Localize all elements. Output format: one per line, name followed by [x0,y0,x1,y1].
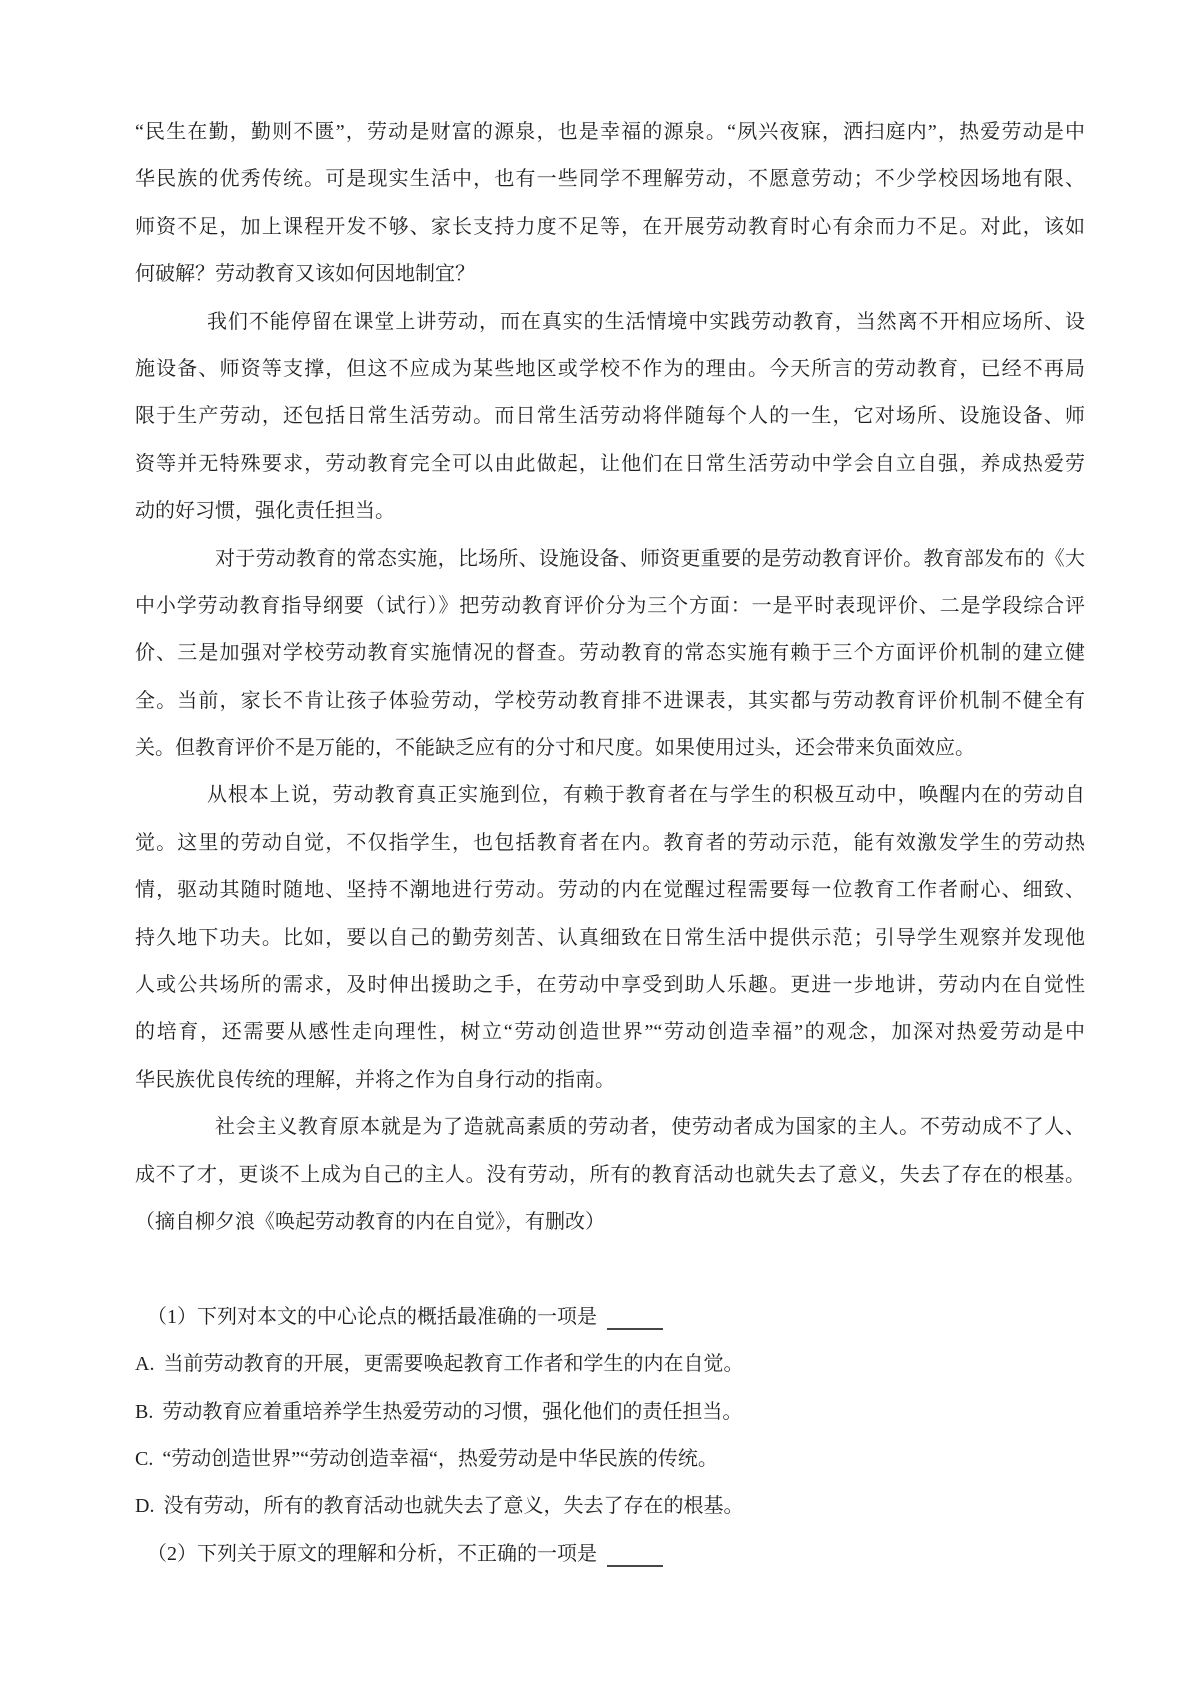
option-a-text: 当前劳动教育的开展，更需要唤起教育工作者和学生的内在自觉。 [163,1353,743,1375]
article-line: 情，驱动其随时随地、坚持不潮地进行劳动。劳动的内在觉醒过程需要每一位教育工作者耐… [135,867,1085,914]
answer-blank [607,1551,663,1567]
question-2-block: （2）下列关于原文的理解和分析，不正确的一项是 [135,1531,1085,1578]
option-c: C.“劳动创造世界”“劳动创造幸福“，热爱劳动是中华民族的传统。 [135,1436,1085,1483]
article-line: 资等并无特殊要求，劳动教育完全可以由此做起，让他们在日常生活劳动中学会自立自强，… [135,441,1085,488]
reading-passage: “民生在勤，勤则不匮”，劳动是财富的源泉，也是幸福的源泉。“夙兴夜寐，洒扫庭内”… [135,109,1085,1578]
article-line: 限于生产劳动，还包括日常生活劳动。而日常生活劳动将伴随每个人的一生，它对场所、设… [135,393,1085,440]
article-line: 何破解？劳动教育又该如何因地制宜？ [135,251,1085,298]
source-citation: （摘自柳夕浪《唤起劳动教育的内在自觉》，有删改） [135,1199,1085,1246]
article-line: 人或公共场所的需求，及时伸出援助之手，在劳动中享受到助人乐趣。更进一步地讲，劳动… [135,962,1085,1009]
option-b: B.劳动教育应着重培养学生热爱劳动的习惯，强化他们的责任担当。 [135,1389,1085,1436]
option-d-label: D. [135,1495,154,1517]
article-line: 觉。这里的劳动自觉，不仅指学生，也包括教育者在内。教育者的劳动示范，能有效激发学… [135,820,1085,867]
option-c-text: “劳动创造世界”“劳动创造幸福“，热爱劳动是中华民族的传统。 [162,1448,718,1470]
option-d-text: 没有劳动，所有的教育活动也就失去了意义，失去了存在的根基。 [163,1495,743,1517]
article-line: 华民族优良传统的理解，并将之作为自身行动的指南。 [135,1057,1085,1104]
article-line: 对于劳动教育的常态实施，比场所、设施设备、师资更重要的是劳动教育评价。教育部发布… [135,536,1085,583]
question-1-block: （1）下列对本文的中心论点的概括最准确的一项是 A.当前劳动教育的开展，更需要唤… [135,1294,1085,1531]
article-line: 价、三是加强对学校劳动教育实施情况的督查。劳动教育的常态实施有赖于三个方面评价机… [135,630,1085,677]
question-2-stem: 下列关于原文的理解和分析，不正确的一项是 [197,1543,597,1565]
article-line: 全。当前，家长不肯让孩子体验劳动，学校劳动教育排不进课表，其实都与劳动教育评价机… [135,678,1085,725]
option-d: D.没有劳动，所有的教育活动也就失去了意义，失去了存在的根基。 [135,1483,1085,1530]
article-line: 施设备、师资等支撑，但这不应成为某些地区或学校不作为的理由。今天所言的劳动教育，… [135,346,1085,393]
article-line: 成不了才，更谈不上成为自己的主人。没有劳动，所有的教育活动也就失去了意义，失去了… [135,1152,1085,1199]
article-line: 师资不足，加上课程开发不够、家长支持力度不足等，在开展劳动教育时心有余而力不足。… [135,204,1085,251]
question-2-number: （2） [147,1543,197,1565]
paragraph-1: “民生在勤，勤则不匮”，劳动是财富的源泉，也是幸福的源泉。“夙兴夜寐，洒扫庭内”… [135,109,1085,299]
blank-line [135,1246,1085,1293]
paragraph-5: 社会主义教育原本就是为了造就高素质的劳动者，使劳动者成为国家的主人。不劳动成不了… [135,1104,1085,1246]
article-line: “民生在勤，勤则不匮”，劳动是财富的源泉，也是幸福的源泉。“夙兴夜寐，洒扫庭内”… [135,109,1085,156]
article-line: 关。但教育评价不是万能的，不能缺乏应有的分寸和尺度。如果使用过头，还会带来负面效… [135,725,1085,772]
article-line: 社会主义教育原本就是为了造就高素质的劳动者，使劳动者成为国家的主人。不劳动成不了… [135,1104,1085,1151]
option-b-text: 劳动教育应着重培养学生热爱劳动的习惯，强化他们的责任担当。 [162,1401,742,1423]
option-a: A.当前劳动教育的开展，更需要唤起教育工作者和学生的内在自觉。 [135,1341,1085,1388]
question-2-stem-line: （2）下列关于原文的理解和分析，不正确的一项是 [135,1531,1085,1578]
question-1-number: （1） [147,1306,197,1328]
option-c-label: C. [135,1448,153,1470]
article-line: 我们不能停留在课堂上讲劳动，而在真实的生活情境中实践劳动教育，当然离不开相应场所… [135,299,1085,346]
article-line: 中小学劳动教育指导纲要（试行）》把劳动教育评价分为三个方面：一是平时表现评价、二… [135,583,1085,630]
paragraph-3: 对于劳动教育的常态实施，比场所、设施设备、师资更重要的是劳动教育评价。教育部发布… [135,536,1085,773]
option-a-label: A. [135,1353,154,1375]
option-b-label: B. [135,1401,153,1423]
article-line: 从根本上说，劳动教育真正实施到位，有赖于教育者在与学生的积极互动中，唤醒内在的劳… [135,772,1085,819]
question-1-stem-line: （1）下列对本文的中心论点的概括最准确的一项是 [135,1294,1085,1341]
exam-document-page: “民生在勤，勤则不匮”，劳动是财富的源泉，也是幸福的源泉。“夙兴夜寐，洒扫庭内”… [0,0,1200,1698]
question-1-stem: 下列对本文的中心论点的概括最准确的一项是 [197,1306,597,1328]
article-line: 动的好习惯，强化责任担当。 [135,488,1085,535]
answer-blank [607,1314,663,1330]
article-line: 华民族的优秀传统。可是现实生活中，也有一些同学不理解劳动，不愿意劳动；不少学校因… [135,156,1085,203]
article-line: 持久地下功夫。比如，要以自己的勤劳刻苦、认真细致在日常生活中提供示范；引导学生观… [135,915,1085,962]
paragraph-2: 我们不能停留在课堂上讲劳动，而在真实的生活情境中实践劳动教育，当然离不开相应场所… [135,299,1085,536]
article-line: 的培育，还需要从感性走向理性，树立“劳动创造世界”“劳动创造幸福”的观念，加深对… [135,1009,1085,1056]
paragraph-4: 从根本上说，劳动教育真正实施到位，有赖于教育者在与学生的积极互动中，唤醒内在的劳… [135,772,1085,1104]
